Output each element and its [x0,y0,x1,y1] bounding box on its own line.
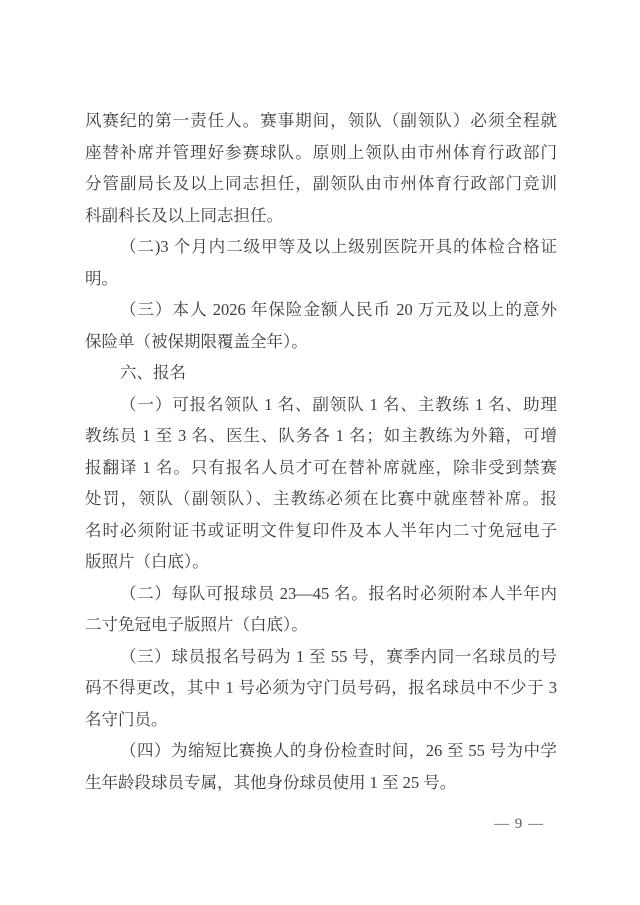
document-line: 座替补席并管理好参赛球队。原则上领队由市州体育行政部门 [85,137,557,169]
document-line: 名时必须附证书或证明文件复印件及本人半年内二寸免冠电子 [85,515,557,547]
document-line: （四）为缩短比赛换人的身份检查时间，26 至 55 号为中学 [85,735,557,767]
document-page: 风赛纪的第一责任人。赛事期间，领队（副领队）必须全程就座替补席并管理好参赛球队。… [0,0,640,905]
document-line: 六、报名 [85,357,557,389]
document-line: 码不得更改，其中 1 号必须为守门员号码，报名球员中不少于 3 [85,672,557,704]
document-line: 二寸免冠电子版照片（白底）。 [85,609,557,641]
document-line: 风赛纪的第一责任人。赛事期间，领队（副领队）必须全程就 [85,105,557,137]
document-line: 分管副局长及以上同志担任，副领队由市州体育行政部门竞训 [85,168,557,200]
document-line: 保险单（被保期限覆盖全年）。 [85,326,557,358]
document-line: （二)3 个月内二级甲等及以上级别医院开具的体检合格证 [85,231,557,263]
document-line: （二）每队可报球员 23—45 名。报名时必须附本人半年内 [85,578,557,610]
document-line: （一）可报名领队 1 名、副领队 1 名、主教练 1 名、助理 [85,389,557,421]
document-line: 处罚，领队（副领队）、主教练必须在比赛中就座替补席。报 [85,483,557,515]
document-line: 明。 [85,263,557,295]
document-body: 风赛纪的第一责任人。赛事期间，领队（副领队）必须全程就座替补席并管理好参赛球队。… [85,105,557,798]
document-line: 教练员 1 至 3 名、医生、队务各 1 名；如主教练为外籍，可增 [85,420,557,452]
document-line: 生年龄段球员专属，其他身份球员使用 1 至 25 号。 [85,767,557,799]
document-line: （三）本人 2026 年保险金额人民币 20 万元及以上的意外 [85,294,557,326]
document-line: 版照片（白底）。 [85,546,557,578]
document-line: 报翻译 1 名。只有报名人员才可在替补席就座，除非受到禁赛 [85,452,557,484]
document-line: 名守门员。 [85,704,557,736]
page-number: — 9 — [494,813,544,835]
document-line: 科副科长及以上同志担任。 [85,200,557,232]
document-line: （三）球员报名号码为 1 至 55 号，赛季内同一名球员的号 [85,641,557,673]
